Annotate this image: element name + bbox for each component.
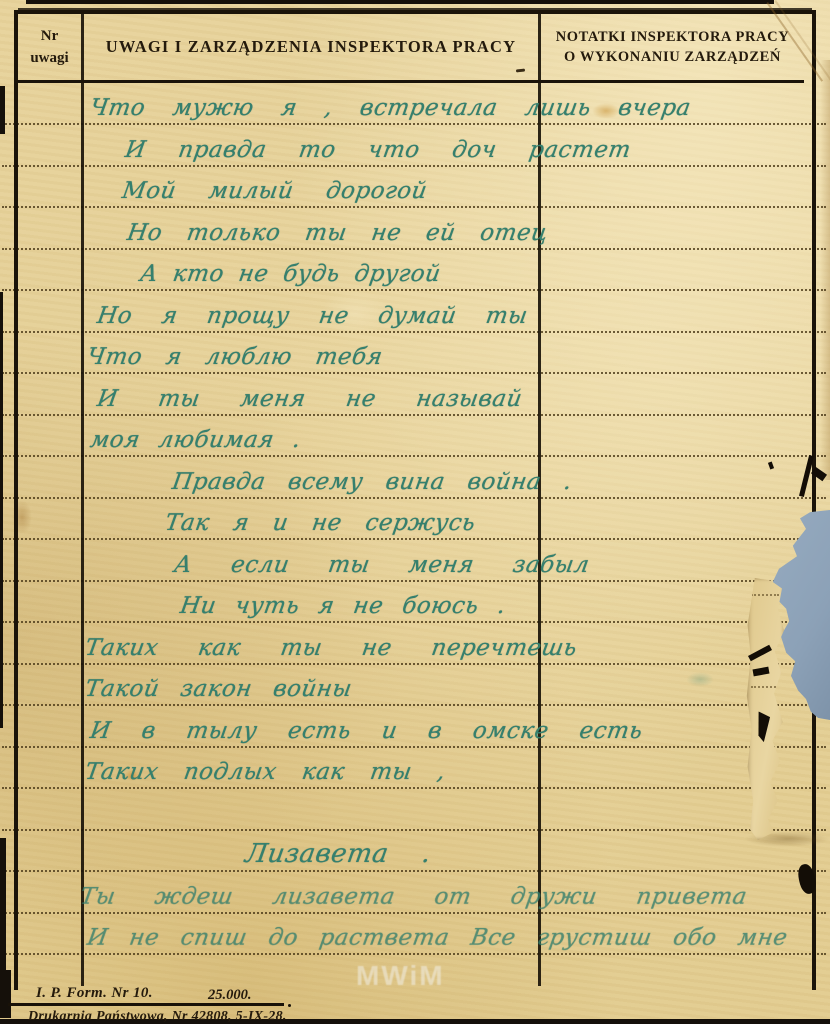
scan-edge-left-band bbox=[0, 838, 6, 988]
handwriting-line: Таких как ты не перечтешь bbox=[83, 635, 579, 663]
ruled-line-fragment bbox=[751, 686, 779, 688]
handwriting-line: И в тылу есть и в омске есть bbox=[88, 718, 645, 746]
scanned-form-page: Nr uwagi UWAGI I ZARZĄDZENIA INSPEKTORA … bbox=[0, 0, 830, 1024]
handwriting-line: Таких подлых как ты , bbox=[83, 759, 447, 787]
handwriting-line: И правда то что доч растет bbox=[123, 137, 633, 165]
handwriting-line: Лизавета . bbox=[243, 839, 433, 870]
handwriting-line: Так я и не сержусь bbox=[163, 510, 477, 538]
handwriting-line: Ты ждеш лизавета от дружи привета bbox=[78, 884, 749, 912]
handwriting-line: Что я люблю тебя bbox=[85, 344, 384, 372]
handwriting-line: Такой закон войны bbox=[83, 676, 354, 704]
ruled-line-fragment bbox=[751, 594, 779, 596]
footer-print-run: 25.000. bbox=[208, 987, 252, 1004]
handwriting-line: И ты меня не называй bbox=[95, 386, 524, 414]
handwriting-line: Ни чуть я не боюсь . bbox=[178, 593, 508, 621]
handwriting-line: И не спиш до раствета Все грустиш обо мн… bbox=[85, 925, 789, 953]
handwriting-layer: Что мужю я , встречала лишь вчераИ правд… bbox=[0, 0, 830, 1024]
handwriting-line: моя любимая . bbox=[88, 427, 303, 455]
handwriting-line: А если ты меня забыл bbox=[172, 552, 591, 580]
handwriting-line: А кто не будь другой bbox=[138, 261, 443, 289]
scan-edge-left-mark bbox=[0, 86, 5, 134]
scan-edge-corner-block bbox=[0, 970, 11, 1018]
handwriting-line: Мой милый дорогой bbox=[120, 178, 429, 206]
handwriting-line: Но только ты не ей отец bbox=[125, 220, 550, 248]
handwriting-line: Правда всему вина война . bbox=[170, 469, 574, 497]
footer-form-number: I. P. Form. Nr 10. bbox=[36, 985, 153, 1002]
footer-rule-line bbox=[8, 1003, 284, 1006]
footer-printer-imprint: Drukarnia Państwowa, Nr 42808, 5-IX-28. bbox=[28, 1009, 287, 1024]
scan-edge-top bbox=[26, 0, 774, 4]
handwriting-line: Что мужю я , встречала лишь вчера bbox=[88, 95, 693, 123]
footer-rule-end-dot bbox=[288, 1004, 291, 1007]
handwriting-line: Но я прощу не думай ты bbox=[95, 303, 530, 331]
watermark: MWiM bbox=[356, 960, 445, 992]
scan-edge-left-line bbox=[0, 292, 3, 728]
